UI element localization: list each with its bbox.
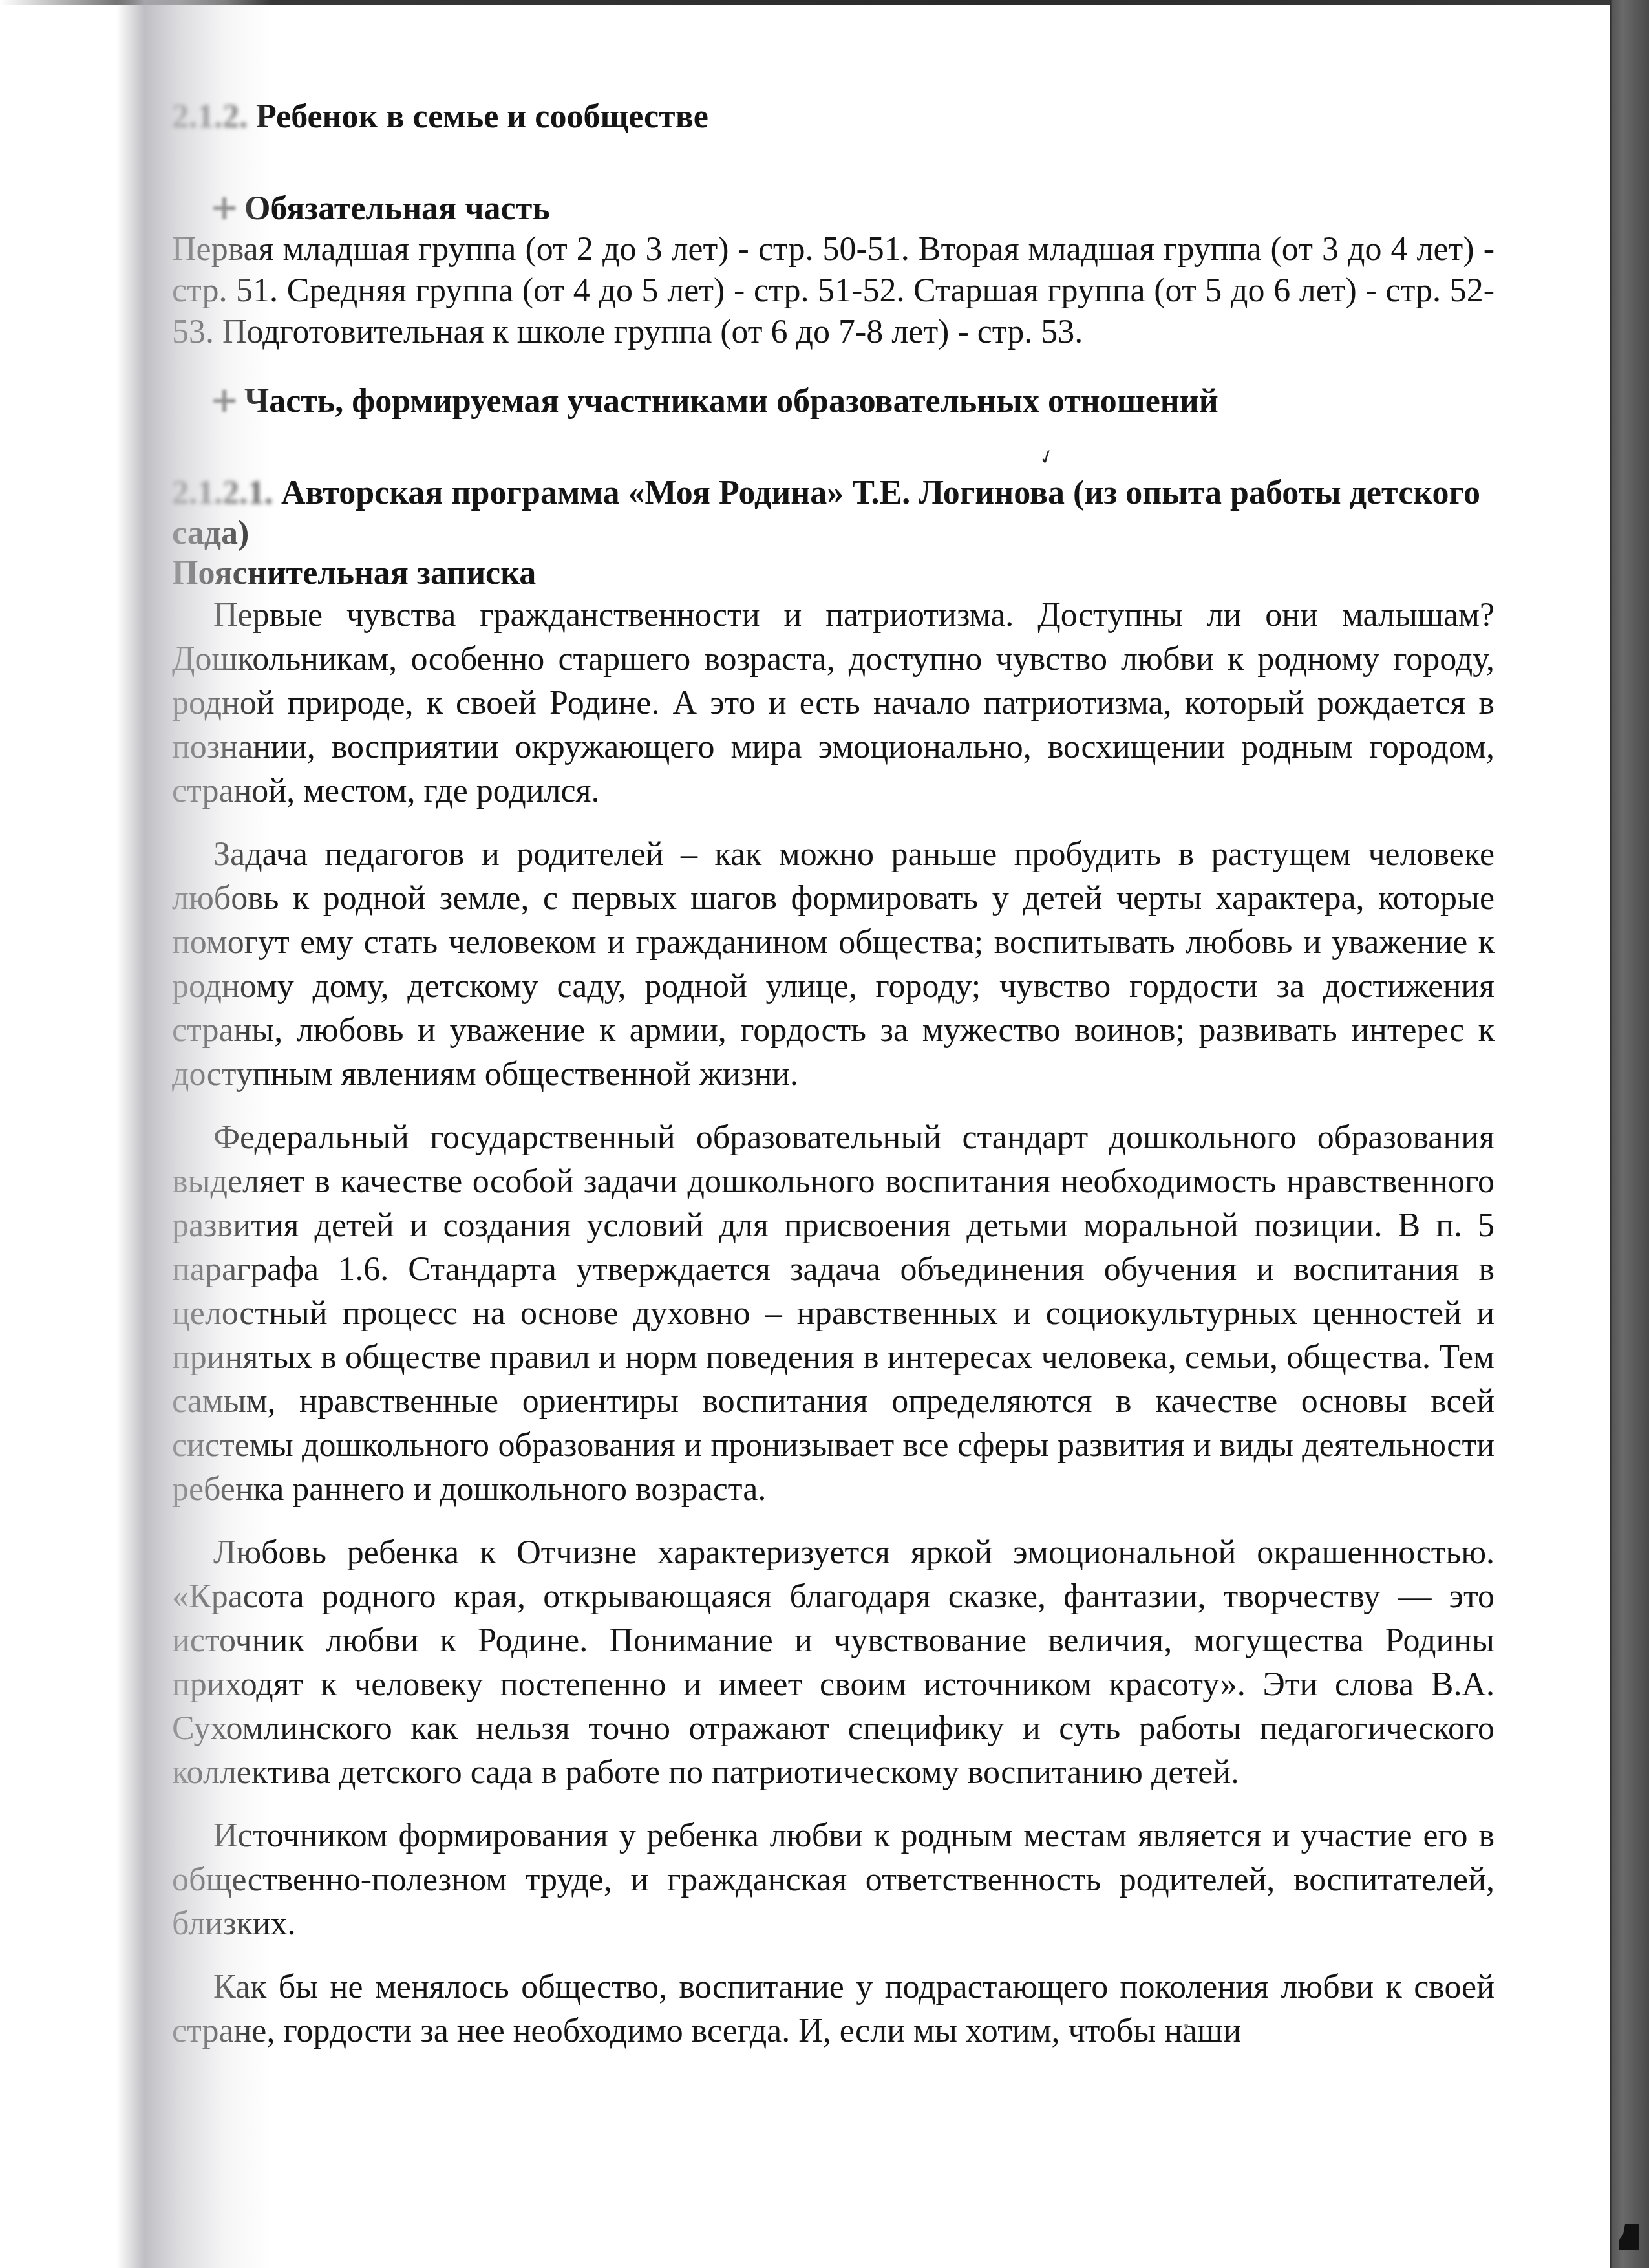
paragraph-1: Первые чувства гражданственности и патри… (172, 594, 1495, 813)
section-number: 2.1.2. (172, 98, 248, 135)
scan-speck (1184, 2024, 1188, 2027)
section-title: Ребенок в семье и сообществе (256, 98, 708, 135)
scan-top-edge (0, 0, 1649, 5)
bullet-cross-icon (213, 390, 235, 412)
participant-part-heading: Часть, формируемая участниками образоват… (172, 381, 1495, 422)
mandatory-part-text: Первая младшая группа (от 2 до 3 лет) - … (172, 229, 1495, 353)
program-title: Авторская программа «Моя Родина» Т.Е. Ло… (172, 475, 1480, 551)
paragraph-4: Любовь ребенка к Отчизне характеризуется… (172, 1531, 1495, 1795)
mandatory-part-heading: Обязательная часть (172, 189, 1495, 229)
document-page: 2.1.2. Ребенок в семье и сообществе Обяз… (172, 97, 1495, 2053)
mandatory-part-label: Обязательная часть (244, 189, 550, 229)
section-heading: 2.1.2. Ребенок в семье и сообществе (172, 97, 1495, 137)
participant-part-label: Часть, формируемая участниками образоват… (244, 381, 1218, 422)
paragraph-5: Источником формирования у ребенка любви … (172, 1814, 1495, 1946)
explanatory-note-heading: Пояснительная записка (172, 553, 1495, 594)
scanner-bed-edge (1610, 0, 1649, 2268)
bullet-cross-icon (213, 197, 235, 219)
program-heading: 2.1.2.1. Авторская программа «Моя Родина… (172, 473, 1495, 553)
scan-speck (1186, 1775, 1190, 1779)
paragraph-2: Задача педагогов и родителей – как можно… (172, 833, 1495, 1097)
paragraph-3: Федеральный государственный образователь… (172, 1116, 1495, 1512)
program-number: 2.1.2.1. (172, 475, 273, 511)
paragraph-6: Как бы не менялось общество, воспитание … (172, 1965, 1495, 2053)
